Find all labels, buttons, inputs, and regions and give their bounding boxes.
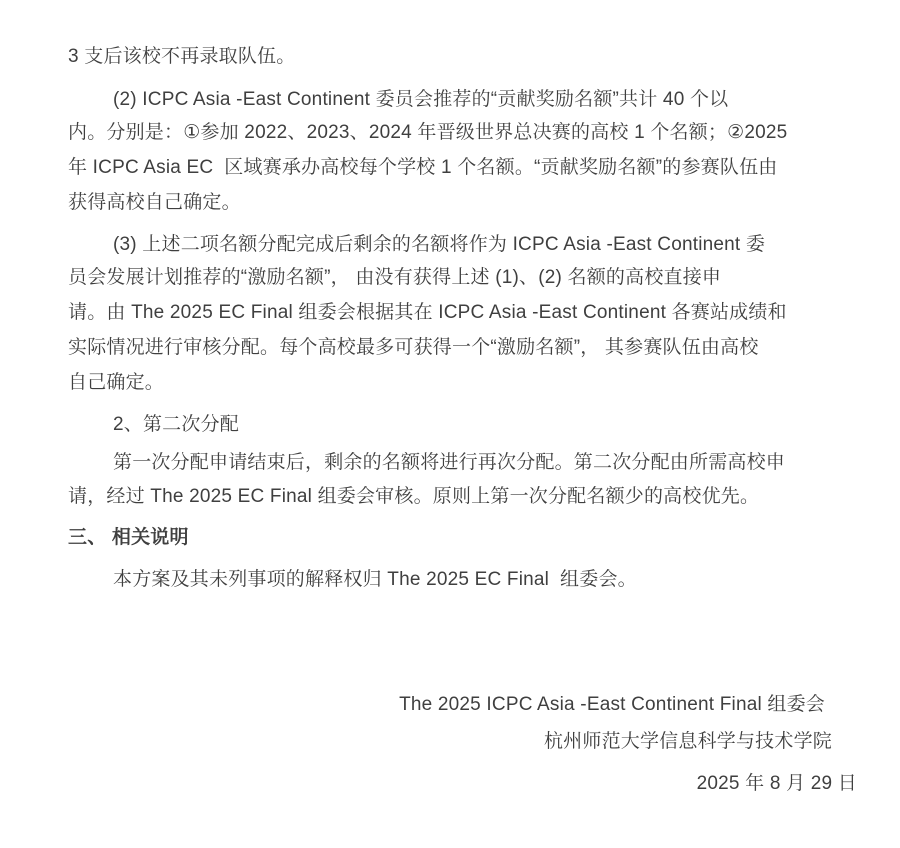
signature-institution-line: 杭州师范大学信息科学与技术学院 — [544, 731, 832, 753]
body-text-line: 2、第二次分配 — [113, 414, 239, 436]
body-text-line: (3) 上述二项名额分配完成后剩余的名额将作为 ICPC Asia -East … — [113, 234, 765, 256]
body-text-line: 第一次分配申请结束后，剩余的名额将进行再次分配。第二次分配由所需高校申 — [113, 452, 785, 474]
document-page: 3 支后该校不再录取队伍。 (2) ICPC Asia -East Contin… — [0, 0, 900, 848]
body-text-line: 实际情况进行审核分配。每个高校最多可获得一个“激励名额”， 其参赛队伍由高校 — [68, 337, 759, 359]
body-text-line: 年 ICPC Asia EC 区域赛承办高校每个学校 1 个名额。“贡献奖励名额… — [68, 157, 777, 179]
body-text-line: 自己确定。 — [68, 372, 164, 394]
body-text-line: 获得高校自己确定。 — [68, 192, 241, 214]
body-text-line: 本方案及其未列事项的解释权归 The 2025 EC Final 组委会。 — [113, 569, 637, 591]
body-text-line: 3 支后该校不再录取队伍。 — [68, 46, 295, 68]
section-heading: 三、 相关说明 — [68, 527, 189, 549]
body-text-line: (2) ICPC Asia -East Continent 委员会推荐的“贡献奖… — [113, 89, 728, 111]
signature-committee-line: The 2025 ICPC Asia -East Continent Final… — [399, 694, 825, 716]
body-text-line: 请，经过 The 2025 EC Final 组委会审核。原则上第一次分配名额少… — [68, 486, 759, 508]
body-text-line: 内。分别是：①参加 2022、2023、2024 年晋级世界总决赛的高校 1 个… — [68, 122, 787, 144]
body-text-line: 员会发展计划推荐的“激励名额”， 由没有获得上述 (1)、(2) 名额的高校直接… — [68, 267, 721, 289]
body-text-line: 请。由 The 2025 EC Final 组委会根据其在 ICPC Asia … — [68, 302, 787, 324]
signature-date-line: 2025 年 8 月 29 日 — [697, 773, 857, 795]
